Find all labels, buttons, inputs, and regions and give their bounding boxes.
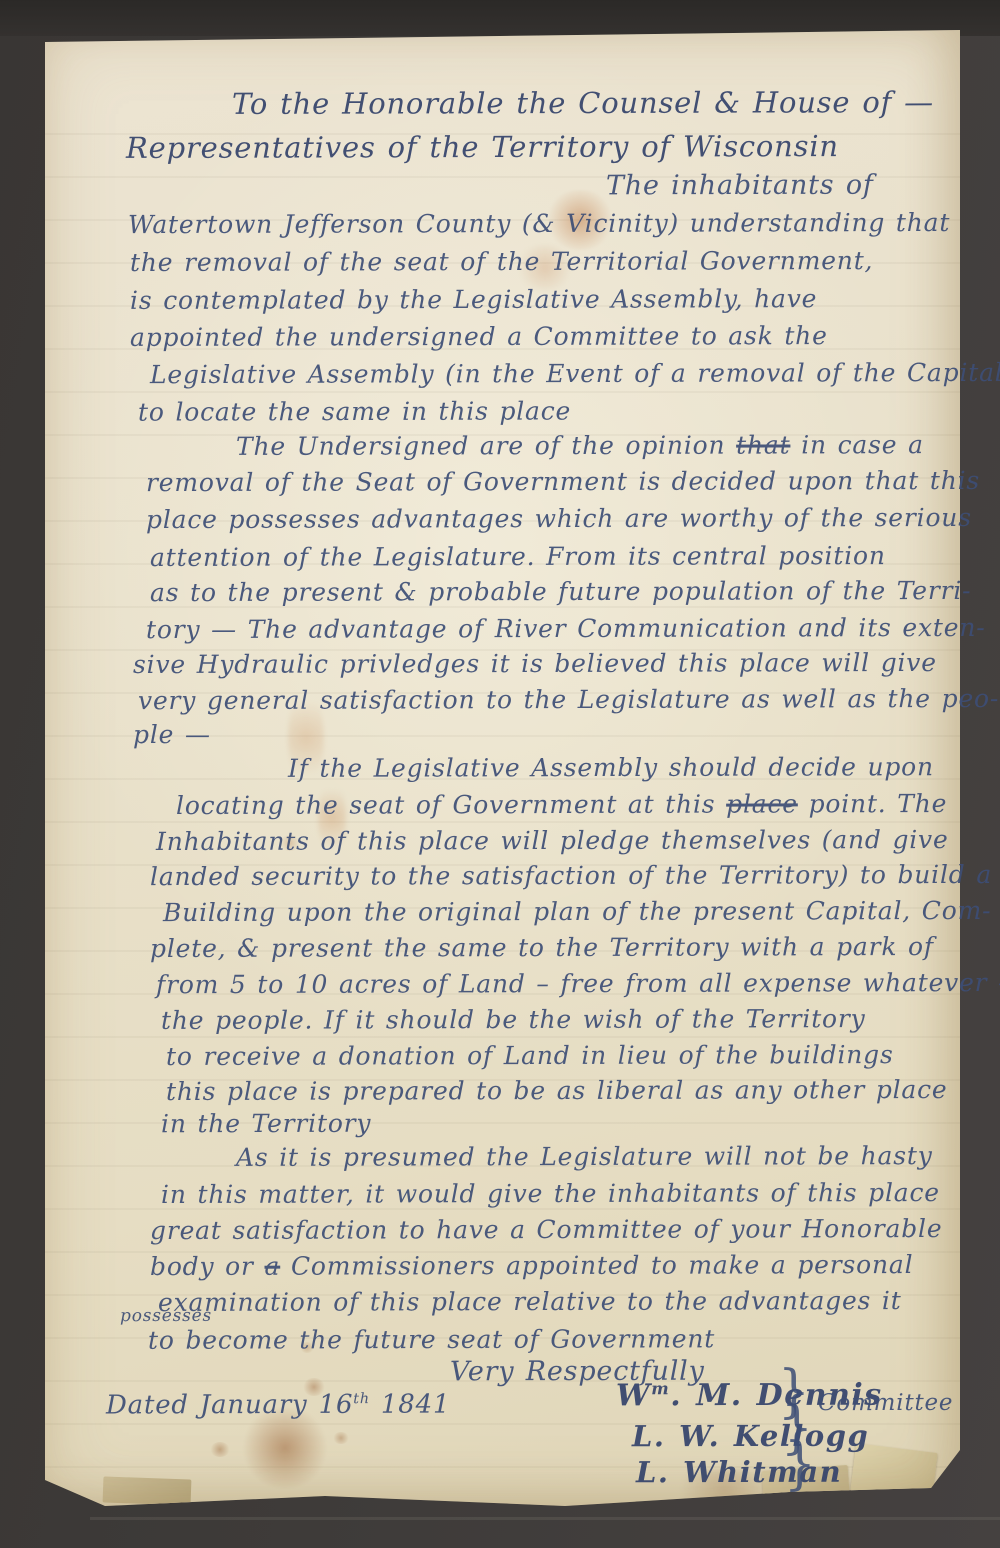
document-paper <box>45 30 960 1506</box>
tape-residue <box>850 1443 937 1501</box>
stain <box>280 835 300 851</box>
tape-residue <box>762 1465 850 1509</box>
paper-vignette <box>45 30 960 1506</box>
scanned-document-photo: { "colors": { "background": "#3e3b39", "… <box>0 0 1000 1548</box>
stain <box>515 245 575 290</box>
stain <box>300 1342 314 1353</box>
tape-residue <box>103 1476 192 1505</box>
stain <box>665 1470 785 1510</box>
stain <box>333 1432 349 1444</box>
stain <box>318 780 346 855</box>
mat-board-edge-line <box>90 1517 1000 1520</box>
stain <box>240 1408 330 1488</box>
stain <box>545 190 615 250</box>
folded-corner <box>940 1435 1000 1507</box>
mat-board-top-band <box>0 0 1000 36</box>
stain <box>210 1442 230 1457</box>
ruled-guide-lines <box>45 92 960 1486</box>
stain <box>303 1378 325 1396</box>
stain <box>288 690 324 785</box>
